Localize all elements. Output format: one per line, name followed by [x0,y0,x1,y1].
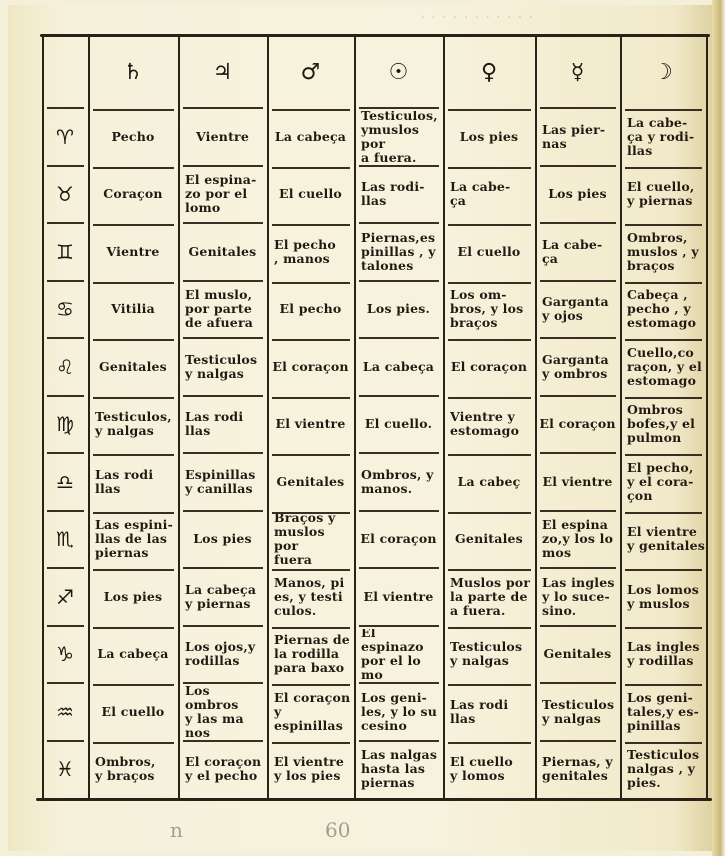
cell-text: Las espini- llas de las piernas [95,518,173,560]
table-cell: El espinazo por el lo mo [358,629,442,681]
row-divider [540,510,616,512]
row-divider [183,682,263,684]
table-cell: Muslos por la parte de a fuera. [447,571,534,623]
cell-text: El coraçon [272,360,348,374]
cell-text: Los pies [104,590,163,604]
cell-text: Testiculos, y nalgas [95,410,172,438]
zodiac-sign-leo: ♌ [42,338,88,396]
table-cell: Testiculos, y nalgas [92,399,177,451]
row-divider [183,452,263,454]
table-cell: El coraçon [539,399,616,451]
cell-text: Piernas, y genitales [542,755,613,783]
table-cell: Los geni- les, y lo su cesino [358,686,442,738]
cell-text: Testiculos y nalgas [542,698,614,726]
zodiac-sign-aquarius: ♒ [42,683,88,741]
cell-text: Braços y muslos por fuera [274,514,353,566]
table-cell: El cuello y lomos [447,744,534,796]
table-cell: Las rodi llas [92,456,177,508]
cell-text: Las ingles y lo suce- sino. [542,576,615,618]
cell-text: Genitales [99,360,167,374]
table-cell: Las espini- llas de las piernas [92,514,177,566]
cell-text: El coraçon [360,532,436,546]
row-divider [359,567,439,569]
cell-text: Los pies. [367,302,430,316]
cell-text: El pecho [280,302,342,316]
table-cell: El pecho [271,284,350,336]
table-cell: El coraçon [271,341,350,393]
table-cell: Vitilia [92,284,174,336]
cell-text: La cabeça y piernas [185,583,256,611]
table-cell: Los pies [182,514,263,566]
cell-text: Ombros, y braços [95,755,156,783]
table-cell: La cabe- ça y rodi- llas [624,111,705,163]
row-divider [540,567,616,569]
table-cell: Ombros, y braços [92,744,177,796]
cell-text: Cabeça , pecho , y estomago [627,288,696,330]
table-cell: El cuello [447,226,531,278]
column-divider [620,37,622,798]
cell-text: Piernas de la rodilla para baxo [274,633,350,675]
planet-symbol-moon: ☽ [620,37,706,108]
table-cell: Testiculos y nalgas [539,686,619,738]
cell-text: Genitales [189,245,257,259]
table-cell: Espinillas y canillas [182,456,266,508]
row-divider [359,510,439,512]
zodiac-sign-virgo: ♍ [42,396,88,454]
table-cell: Las rodi llas [447,686,534,738]
cell-text: Las ingles y rodillas [627,640,700,668]
row-divider [359,682,439,684]
planet-symbol-venus: ♀ [443,37,535,108]
cell-text: Las rodi llas [450,698,508,726]
table-cell: Testiculos y nalgas [182,341,266,393]
cell-text: El espinazo por el lo mo [361,629,442,681]
column-divider [706,37,708,798]
zodiac-sign-gemini: ♊ [42,223,88,281]
cell-text: Vientre [196,130,249,144]
table-cell: Los ombros y las ma nos [182,686,266,738]
table-cell: Las pier- nas [539,111,619,163]
row-divider [183,165,263,167]
table-cell: El coraçon y el pecho [182,744,266,796]
zodiac-sign-scorpio: ♏ [42,511,88,569]
folio-mark-right: 60 [325,818,350,842]
cell-text: El vientre [364,590,434,604]
table-cell: Cabeça , pecho , y estomago [624,284,705,336]
cell-text: Ombros, y manos. [361,468,434,496]
table-cell: Braços y muslos por fuera [271,514,353,566]
table-cell: Genitales [447,514,531,566]
cell-text: Muslos por la parte de a fuera. [450,576,530,618]
cell-text: Las rodi llas [185,410,243,438]
cell-text: Vientre y estomago [450,410,519,438]
table-cell: Garganta y ojos [539,284,619,336]
table-cell: Las nalgas hasta las piernas [358,744,442,796]
cell-text: El vientre [276,417,346,431]
cell-text: Espinillas y canillas [185,468,256,496]
cell-text: El vientre y los pies [274,755,344,783]
row-divider [359,740,439,742]
table-cell: Los lomos y muslos [624,571,705,623]
cell-text: Genitales [277,475,345,489]
table-cell: Garganta y ombros [539,341,619,393]
row-divider [359,222,439,224]
cell-text: Testiculos y nalgas [450,640,522,668]
column-divider [267,37,269,798]
table-cell: La cabeça [358,341,439,393]
zodiac-sign-libra: ♎ [42,453,88,511]
zodiac-sign-cancer: ♋ [42,281,88,339]
row-divider [540,222,616,224]
table-cell: Manos, pi es, y testi culos. [271,571,353,623]
cell-text: La cabe- ça [542,238,602,266]
table-cell: El vientre [271,399,350,451]
column-divider [443,37,445,798]
table-cell: Genitales [92,341,174,393]
cell-text: El cuello, y piernas [627,180,694,208]
row-divider [183,567,263,569]
table-cell: Coraçon [92,169,174,221]
cell-text: Genitales [544,647,612,661]
cell-text: Los geni- les, y lo su cesino [361,691,437,733]
cell-text: Ombros bofes,y el pulmon [627,403,695,445]
cell-text: Piernas,es pinillas , y talones [361,231,436,273]
table-cell: Piernas,es pinillas , y talones [358,226,442,278]
table-cell: Cuello,co raçon, y el estomago [624,341,705,393]
table-cell: Piernas de la rodilla para baxo [271,629,353,681]
table-cell: El cuello [92,686,174,738]
row-divider [183,280,263,282]
zodiac-sign-aries: ♈ [42,108,88,166]
cell-text: La cabeç [458,475,521,489]
row-divider [540,165,616,167]
table-cell: Los pies. [358,284,439,336]
planet-symbol-mercury: ☿ [535,37,620,108]
zodiac-sign-pisces: ♓ [42,741,88,799]
row-divider [359,337,439,339]
row-divider [540,395,616,397]
table-cell: Genitales [271,456,350,508]
cell-text: Vitilia [111,302,155,316]
cell-text: El coraçon y el pecho [185,755,261,783]
table-cell: Las rodi llas [182,399,266,451]
table-cell: El vientre [358,571,439,623]
row-divider [183,740,263,742]
table-cell: Los ojos,y rodillas [182,629,266,681]
table-cell: El vientre y genitales [624,514,705,566]
table-cell: Los pies [92,571,174,623]
show-through-text: · · · · · · · · · · · [420,8,533,28]
cell-text: El coraçon [451,360,527,374]
row-divider [183,395,263,397]
cell-text: El vientre y genitales [627,525,705,553]
row-divider [359,395,439,397]
cell-text: Testiculos nalgas , y pies. [627,748,699,790]
table-cell: El cuello. [358,399,439,451]
page-spine-edge [712,0,726,856]
table-cell: El cuello [271,169,350,221]
column-divider [178,37,180,798]
table-cell: El espina zo,y los lo mos [539,514,619,566]
row-divider [540,682,616,684]
row-divider [540,452,616,454]
table-cell: El coraçon y espinillas [271,686,353,738]
cell-text: Las nalgas hasta las piernas [361,748,437,790]
row-divider [540,107,616,109]
table-cell: Ombros, muslos , y braços [624,226,705,278]
zodiac-sign-taurus: ♉ [42,166,88,224]
cell-text: El cuello. [365,417,432,431]
table-cell: La cabe- ça [539,226,619,278]
table-cell: El muslo, por parte de afuera [182,284,266,336]
cell-text: Testiculos y nalgas [185,353,257,381]
cell-text: La cabe- ça [450,180,510,208]
cell-text: Las rodi llas [95,468,153,496]
cell-text: El cuello [279,187,342,201]
cell-text: Las pier- nas [542,123,605,151]
row-divider [183,107,263,109]
cell-text: Garganta y ojos [542,295,609,323]
table-cell: El coraçon [447,341,531,393]
cell-text: El vientre [543,475,613,489]
table-bottom-rule [36,798,712,801]
table-cell: El pecho, y el cora- çon [624,456,705,508]
cell-text: Manos, pi es, y testi culos. [274,576,344,618]
cell-text: El cuello [102,705,165,719]
cell-text: Ombros, muslos , y braços [627,231,699,273]
cell-text: El espina- zo por el lomo [185,173,256,215]
cell-text: Los geni- tales,y es- pinillas [627,691,699,733]
row-divider [540,280,616,282]
table-cell: El pecho , manos [271,226,353,278]
table-cell: Testiculos y nalgas [447,629,534,681]
table-cell: La cabeça [92,629,174,681]
table-cell: Testiculos nalgas , y pies. [624,744,705,796]
zodiac-sign-capricorn: ♑ [42,626,88,684]
cell-text: El espina zo,y los lo mos [542,518,613,560]
table-cell: Los pies [447,111,531,163]
cell-text: Los pies [460,130,519,144]
cell-text: Vientre [107,245,160,259]
cell-text: El pecho, y el cora- çon [627,461,694,503]
row-divider [183,625,263,627]
row-divider [183,510,263,512]
column-divider [88,37,90,798]
table-cell: Vientre [182,111,263,163]
cell-text: Coraçon [103,187,162,201]
table-cell: La cabeça y piernas [182,571,266,623]
cell-text: Los ojos,y rodillas [185,640,255,668]
cell-text: La cabe- ça y rodi- llas [627,116,694,158]
cell-text: Los pies [548,187,607,201]
row-divider [359,625,439,627]
cell-text: El pecho , manos [274,238,336,266]
cell-text: Las rodi- llas [361,180,425,208]
cell-text: Los om- bros, y los braços [450,288,523,330]
row-divider [359,280,439,282]
table-cell: Genitales [182,226,263,278]
table-cell: El vientre y los pies [271,744,353,796]
row-divider [359,165,439,167]
planet-symbol-sun: ☉ [354,37,443,108]
table-cell: El vientre [539,456,616,508]
table-cell: Los om- bros, y los braços [447,284,534,336]
planet-symbol-saturn: ♄ [88,37,178,108]
table-cell: El espina- zo por el lomo [182,169,266,221]
folio-mark-left: n [170,818,183,842]
row-divider [540,337,616,339]
cell-text: El cuello y lomos [450,755,513,783]
cell-text: Los ombros y las ma nos [185,686,266,738]
cell-text: El muslo, por parte de afuera [185,288,253,330]
row-divider [183,337,263,339]
table-cell: Pecho [92,111,174,163]
table-cell: Los pies [539,169,616,221]
table-cell: Ombros, y manos. [358,456,442,508]
table-cell: La cabe- ça [447,169,534,221]
table-cell: Testiculos, ymuslos por a fuera. [358,111,442,163]
table-cell: Los geni- tales,y es- pinillas [624,686,705,738]
table-cell: Vientre y estomago [447,399,534,451]
cell-text: La cabeça [97,647,168,661]
row-divider [540,625,616,627]
row-divider [540,740,616,742]
table-cell: Piernas, y genitales [539,744,619,796]
column-divider [354,37,356,798]
column-divider [535,37,537,798]
cell-text: La cabeça [363,360,434,374]
table-cell: La cabeça [271,111,350,163]
cell-text: Genitales [455,532,523,546]
row-divider [359,107,439,109]
cell-text: Cuello,co raçon, y el estomago [627,346,702,388]
planet-symbol-mars: ♂ [267,37,354,108]
row-divider [359,452,439,454]
table-cell: El cuello, y piernas [624,169,705,221]
cell-text: Garganta y ombros [542,353,609,381]
zodiac-sign-sagittarius: ♐ [42,568,88,626]
cell-text: Pecho [111,130,154,144]
cell-text: El cuello [458,245,521,259]
table-cell: Vientre [92,226,174,278]
cell-text: El coraçon [539,417,615,431]
table-cell: Las rodi- llas [358,169,442,221]
planet-symbol-jupiter: ♃ [178,37,267,108]
table-cell: Las ingles y rodillas [624,629,705,681]
cell-text: La cabeça [275,130,346,144]
cell-text: Los lomos y muslos [627,583,699,611]
table-cell: Genitales [539,629,616,681]
table-cell: Ombros bofes,y el pulmon [624,399,705,451]
cell-text: Los pies [193,532,252,546]
table-cell: Las ingles y lo suce- sino. [539,571,619,623]
cell-text: El coraçon y espinillas [274,691,353,733]
table-cell: La cabeç [447,456,531,508]
row-divider [183,222,263,224]
cell-text: Testiculos, ymuslos por a fuera. [361,111,442,163]
table-cell: El coraçon [358,514,439,566]
